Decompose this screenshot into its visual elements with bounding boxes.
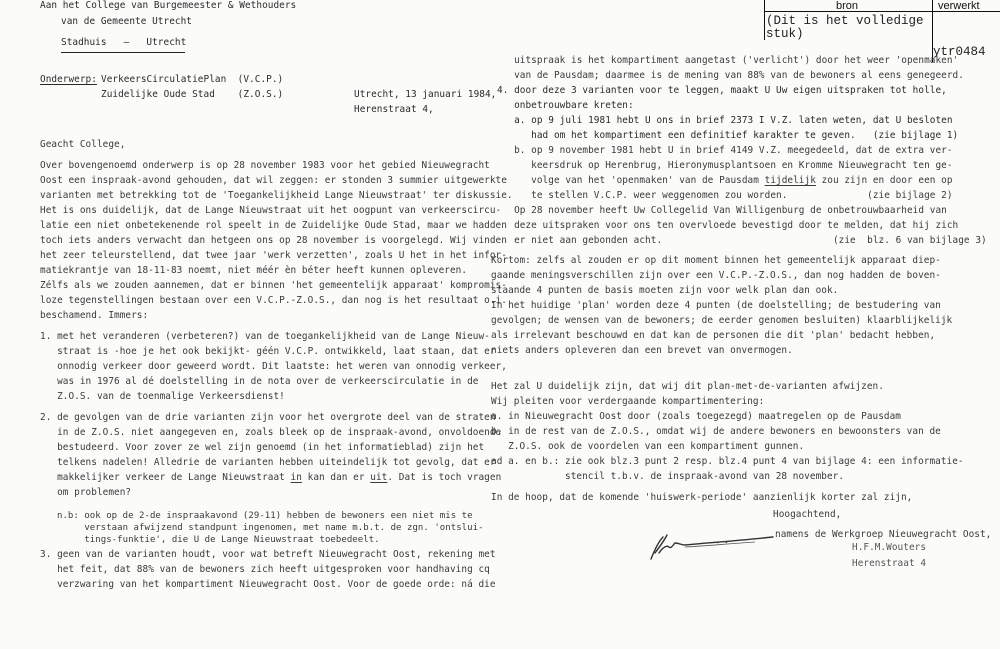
text-line: Z.O.S. van de toenmalige Verkeersdienst!: [40, 392, 285, 402]
text-line: a. op 9 juli 1981 hebt U ons in brief 23…: [497, 116, 953, 126]
subject-line1: VerkeersCirculatiePlan (V.C.P.): [101, 75, 283, 85]
subject-line2: Zuidelijke Oude Stad (Z.O.S.): [101, 90, 283, 100]
text-line: varianten met betrekking tot de 'Toegank…: [40, 191, 513, 201]
text-line: Het is ons duidelijk, dat de Lange Nieuw…: [40, 206, 501, 216]
text-line: Z.O.S. ook de voordelen van een komparti…: [491, 442, 804, 452]
text-line: loze tegenstellingen bestaan over een V.…: [40, 296, 507, 306]
text-line: als irrelevant beschouwd en dat kan de p…: [491, 331, 935, 341]
text-line: Het zal U duidelijk zijn, dat wij dit pl…: [491, 382, 884, 392]
text-line: tings-funktie', die U de Lange Nieuwstra…: [57, 535, 380, 545]
text-line: Op 28 november heeft Uw Collegelid Van W…: [497, 206, 947, 216]
header-bron: bron: [836, 0, 858, 12]
addressee-line2: van de Gemeente Utrecht: [61, 17, 192, 27]
text-line: 1. met het veranderen (verbeteren?) van …: [40, 332, 490, 342]
text-line: onbetrouwbare kreten:: [497, 101, 634, 111]
text-span: kan dan er: [302, 472, 370, 483]
text-span: . Dat is toch vragen: [387, 472, 501, 483]
text-line: straat is -hoe je het ook bekijkt- géén …: [40, 347, 496, 357]
text-line: onnodig verkeer door geweerd wordt. Dit …: [40, 362, 507, 372]
signatory-name: H.F.M.Wouters: [852, 543, 926, 553]
text-line: stencil t.b.v. de inspraak-avond van 28 …: [491, 472, 844, 482]
text-line: beschamend. Immers:: [40, 311, 148, 321]
on-behalf-of: namens de Werkgroep Nieuwegracht Oost,: [775, 530, 991, 540]
text-line: staande 4 punten de basis moeten zijn vo…: [491, 286, 838, 296]
emphasis-uit: uit: [370, 472, 387, 483]
header-verwerkt: verwerkt: [938, 0, 980, 12]
emphasis-in: in: [291, 472, 302, 483]
text-line: om problemen?: [40, 488, 131, 498]
addressee-line1: Aan het College van Burgemeester & Wetho…: [40, 1, 296, 11]
text-line: was in 1976 al dé doelstelling in de not…: [40, 377, 478, 387]
text-line: niets anders opleveren dan een brevet va…: [491, 346, 793, 356]
text-line: gevolgen; de wensen van de bewoners; de …: [491, 316, 952, 326]
text-line: uitspraak is het kompartiment aangetast …: [497, 56, 958, 66]
letter-date: Utrecht, 13 januari 1984,: [354, 90, 496, 100]
text-line: 2. de gevolgen van de drie varianten zij…: [40, 413, 496, 423]
text-line: Oost een inspraak-avond gehouden, dat wi…: [40, 176, 507, 186]
text-line: in de Z.O.S. niet aangegeven en, zoals b…: [40, 428, 501, 438]
table-divider: [764, 0, 765, 40]
text-line: n.b: ook op de 2-de inspraakavond (29-11…: [57, 511, 473, 521]
text-line: bestudeerd. Voor zover ze wel zijn genoe…: [40, 443, 484, 453]
handwritten-signature: [645, 531, 775, 563]
text-span: volge van het 'openmaken' van de Pausdam: [497, 175, 765, 186]
salutation: Geacht College,: [40, 140, 125, 150]
text-line: Over bovengenoemd onderwerp is op 28 nov…: [40, 161, 490, 171]
text-line: gaande meningsverschillen zijn over een …: [491, 271, 941, 281]
text-line: b. in de rest van de Z.O.S., omdat wij d…: [491, 427, 941, 437]
text-line: had om het kompartiment een definitief k…: [497, 131, 958, 141]
text-line: 3. geen van de varianten houdt, voor wat…: [40, 550, 496, 560]
text-line: te stellen V.C.P. weer weggenomen zou wo…: [497, 191, 953, 201]
text-line: verzwaring van het kompartiment Nieuwegr…: [40, 580, 496, 590]
text-line: toch iets anders verwacht dan hetgeen on…: [40, 236, 507, 246]
text-line: het zeer teleurstellend, dat twee jaar '…: [40, 251, 507, 261]
text-line: matiekrantje van 18-11-83 noemt, niet mé…: [40, 266, 467, 276]
text-line: het feit, dat 88% van de bewoners zich h…: [40, 565, 490, 575]
text-line: makkelijker verkeer de Lange Nieuwstraat…: [40, 473, 501, 483]
text-line: latie een niet onbetekenende rol speelt …: [40, 221, 507, 231]
text-line: ad a. en b.: zie ook blz.3 punt 2 resp. …: [491, 457, 964, 467]
signatory-address: Herenstraat 4: [852, 559, 926, 569]
text-line: er niet aan gebonden acht. (zie blz. 6 v…: [497, 236, 987, 246]
text-line: Zélfs als we zouden aannemen, dat er bin…: [40, 281, 507, 291]
text-line: van de Pausdam; daarmee is de mening van…: [497, 71, 964, 81]
regards: Hoogachtend,: [773, 510, 841, 520]
text-line: verstaan afwijzend standpunt ingenomen, …: [57, 523, 484, 533]
text-line: keersdruk op Herenbrug, Hieronymusplants…: [497, 161, 953, 171]
text-line: Wij pleiten voor verdergaande kompartime…: [491, 397, 764, 407]
subject-label: Onderwerp:: [40, 75, 97, 85]
text-span: zou zijn en door een op: [816, 175, 953, 186]
text-line: b. op 9 november 1981 hebt U in brief 41…: [497, 146, 953, 156]
address-underline: [61, 52, 185, 53]
closing-sentence: In de hoop, dat de komende 'huiswerk-per…: [491, 493, 912, 503]
text-line: In het huidige 'plan' worden deze 4 punt…: [491, 301, 941, 311]
text-span: makkelijker verkeer de Lange Nieuwstraat: [40, 472, 291, 483]
text-line: a. in Nieuwegracht Oost door (zoals toeg…: [491, 412, 901, 422]
emphasis-tijdelijk: tijdelijk: [765, 175, 816, 186]
text-line: Kortom: zelfs al zouden er op dit moment…: [491, 256, 941, 266]
text-line: telkens nadelen! Alledrie de varianten h…: [40, 458, 496, 468]
text-line: deze uitspraken voor ons ten overvloede …: [497, 221, 958, 231]
addressee-line3: Stadhuis — Utrecht: [61, 38, 186, 48]
text-line: volge van het 'openmaken' van de Pausdam…: [497, 176, 953, 186]
text-line: 4. door deze 3 varianten voor te leggen,…: [497, 86, 947, 96]
bron-note-line2: stuk): [766, 28, 804, 41]
sender-address: Herenstraat 4,: [354, 105, 434, 115]
